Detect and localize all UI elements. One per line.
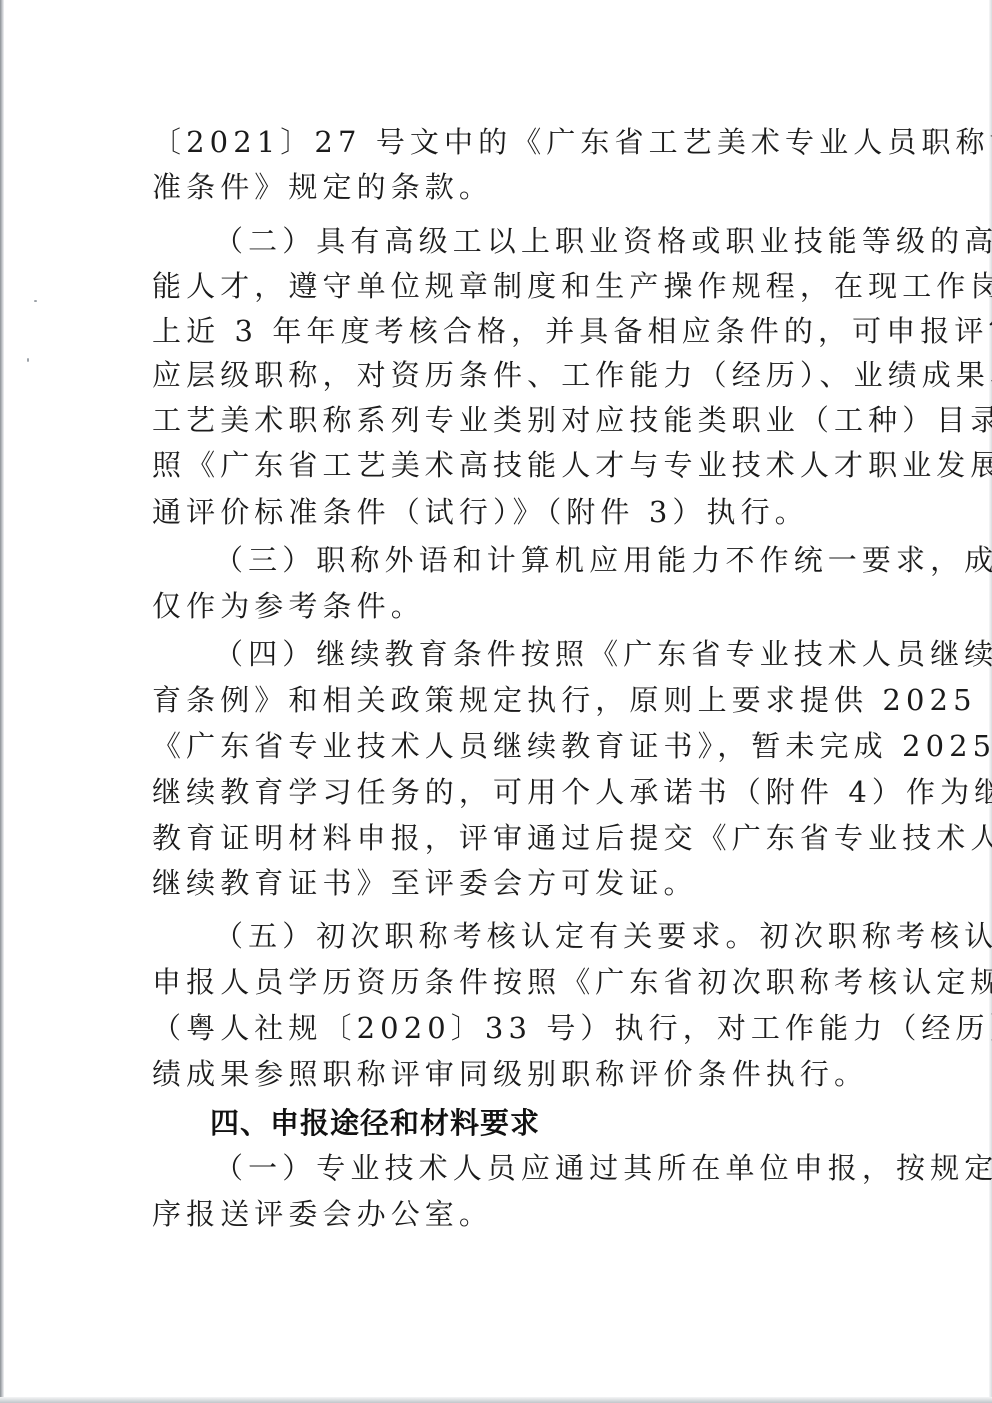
paragraph-line: 仅作为参考条件。 bbox=[152, 584, 425, 628]
paragraph-line: （四）继续教育条件按照《广东省专业技术人员继续教 bbox=[214, 632, 992, 676]
paragraph-line: （五）初次职称考核认定有关要求。初次职称考核认定 bbox=[214, 914, 992, 958]
paragraph-line: 申报人员学历资历条件按照《广东省初次职称考核认定规定》 bbox=[152, 960, 992, 1004]
paragraph-line: 绩成果参照职称评审同级别职称评价条件执行。 bbox=[152, 1052, 868, 1096]
paragraph-line: 教育证明材料申报，评审通过后提交《广东省专业技术人员 bbox=[152, 816, 992, 860]
paragraph-line: 继续教育学习任务的，可用个人承诺书（附件 4）作为继续 bbox=[152, 770, 992, 814]
paragraph-line: （一）专业技术人员应通过其所在单位申报，按规定程 bbox=[214, 1146, 992, 1190]
paragraph-line: 能人才，遵守单位规章制度和生产操作规程，在现工作岗位 bbox=[152, 264, 992, 308]
paragraph-line: 通评价标准条件（试行）》（附件 3）执行。 bbox=[152, 490, 809, 534]
paragraph-line: 〔2021〕27 号文中的《广东省工艺美术专业人员职称评价标 bbox=[152, 120, 992, 164]
paragraph-line: 照《广东省工艺美术高技能人才与专业技术人才职业发展贯 bbox=[152, 443, 992, 487]
paragraph-line: 序报送评委会办公室。 bbox=[152, 1192, 493, 1236]
paragraph-line: 上近 3 年年度考核合格，并具备相应条件的，可申报评审对 bbox=[152, 309, 992, 353]
scan-edge-left bbox=[0, 0, 4, 1403]
scan-speck bbox=[27, 358, 29, 362]
paragraph-line: （粤人社规〔2020〕33 号）执行，对工作能力（经历）、业 bbox=[152, 1006, 992, 1050]
paragraph-line: 继续教育证书》至评委会方可发证。 bbox=[152, 861, 698, 905]
paragraph-line: 育条例》和相关政策规定执行，原则上要求提供 2025 年度 bbox=[152, 678, 992, 722]
paragraph-line: 准条件》规定的条款。 bbox=[152, 165, 493, 209]
scan-speck bbox=[34, 300, 37, 302]
paragraph-line: 应层级职称，对资历条件、工作能力（经历）、业绩成果、 bbox=[152, 353, 992, 397]
paragraph-line: 《广东省专业技术人员继续教育证书》，暂未完成 2025 年度 bbox=[152, 724, 992, 768]
paragraph-line: （二）具有高级工以上职业资格或职业技能等级的高技 bbox=[214, 219, 992, 263]
paragraph-line: （三）职称外语和计算机应用能力不作统一要求，成绩 bbox=[214, 538, 992, 582]
document-page: 〔2021〕27 号文中的《广东省工艺美术专业人员职称评价标 准条件》规定的条款… bbox=[0, 0, 992, 1403]
section-heading: 四、申报途径和材料要求 bbox=[210, 1101, 540, 1145]
scan-edge-bottom bbox=[0, 1397, 992, 1403]
paragraph-line: 工艺美术职称系列专业类别对应技能类职业（工种）目录参 bbox=[152, 398, 992, 442]
